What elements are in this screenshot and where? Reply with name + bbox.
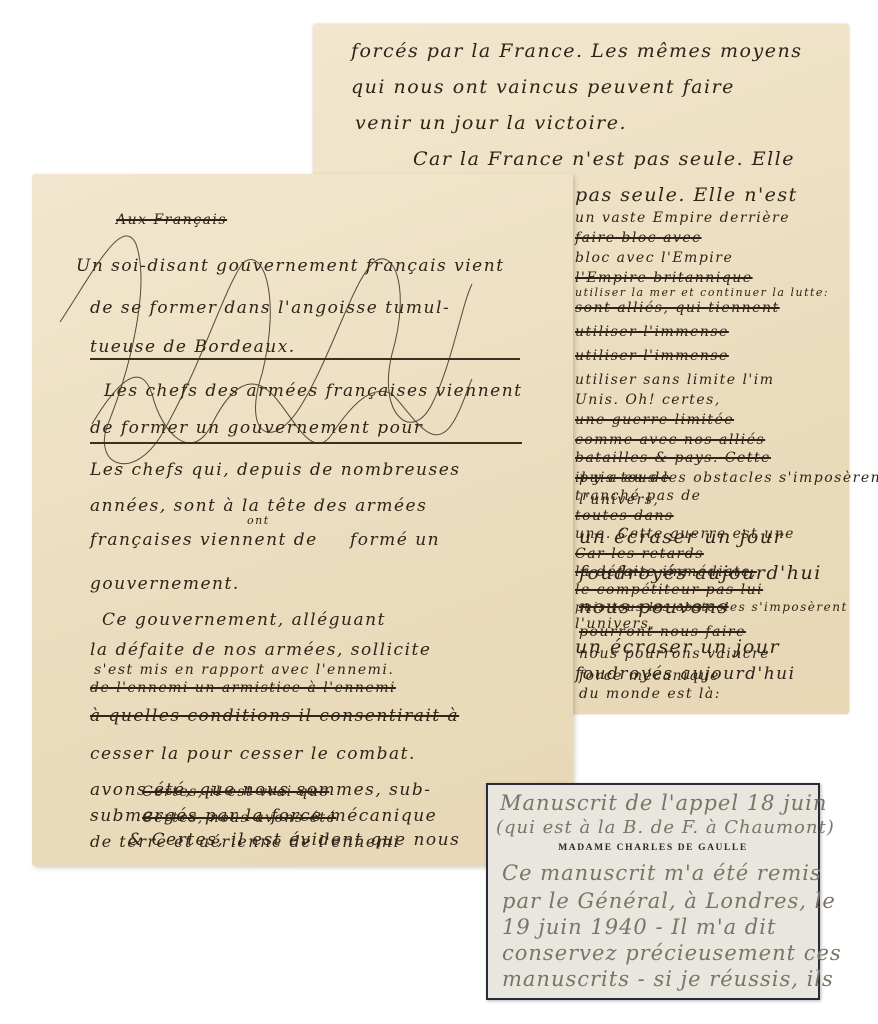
manuscript-line: Ce gouvernement, alléguant bbox=[102, 610, 386, 630]
manuscript-line: de se former dans l'angoisse tumul- bbox=[90, 298, 450, 318]
manuscript-line: forcés par la France. Les mêmes moyens bbox=[351, 40, 802, 62]
left-page-bottom-text: avons été, que nous sommes, sub- submerg… bbox=[32, 780, 492, 866]
manuscript-line-struck: utiliser l'immense bbox=[575, 324, 729, 340]
manuscript-line-struck: l'Empire britannique bbox=[575, 270, 753, 286]
manuscript-line: un écraser un jour bbox=[579, 526, 784, 548]
manuscript-line: submergés par la force mécanique bbox=[90, 806, 437, 826]
manuscript-line-struck: faire bloc avec bbox=[575, 230, 701, 246]
manuscript-line: Les chefs des armées françaises viennent bbox=[104, 381, 522, 401]
manuscript-line: qui nous ont vaincus peuvent faire bbox=[351, 76, 735, 98]
card-body-line: 19 juin 1940 - Il m'a dit bbox=[502, 915, 776, 939]
manuscript-line: un vaste Empire derrière bbox=[575, 210, 790, 226]
manuscript-line-struck: batailles & pays. Cette bbox=[575, 450, 771, 466]
manuscript-line: Les chefs qui, depuis de nombreuses bbox=[90, 460, 461, 480]
manuscript-line: avons été, que nous sommes, sub- bbox=[90, 780, 431, 800]
manuscript-line: de former un gouvernement pour bbox=[90, 418, 423, 438]
manuscript-line-struck: utiliser l'immense bbox=[575, 348, 729, 364]
visiting-card: Manuscrit de l'appel 18 juin (qui est à … bbox=[486, 783, 820, 1000]
manuscript-line: venir un jour la victoire. bbox=[355, 112, 627, 134]
manuscript-line: utiliser la mer et continuer la lutte: bbox=[575, 286, 829, 299]
manuscript-line-struck: pourront nous faire bbox=[579, 624, 746, 640]
underline-divider bbox=[90, 442, 522, 444]
manuscript-line: utiliser sans limite l'im bbox=[575, 372, 775, 388]
underline-divider bbox=[90, 358, 520, 360]
manuscript-line-struck: de l'ennemi un armistice à l'ennemi bbox=[90, 680, 396, 696]
manuscript-line-struck: Aux Français bbox=[116, 212, 227, 228]
right-page-lower-text: puis tous les obstacles s'imposèrent l'u… bbox=[573, 470, 849, 714]
manuscript-line: s'est mis en rapport avec l'ennemi. bbox=[94, 662, 394, 678]
manuscript-line: la défaite de nos armées, sollicite bbox=[90, 640, 431, 660]
manuscript-line-struck: sont alliés, qui tiennent bbox=[575, 300, 780, 316]
card-header-line: Manuscrit de l'appel 18 juin bbox=[500, 791, 827, 815]
manuscript-line-struck: nous pouvons bbox=[579, 596, 729, 618]
manuscript-line: gouvernement. bbox=[90, 574, 240, 594]
card-body-line: Ce manuscrit m'a été remis bbox=[502, 861, 822, 885]
card-body-line: par le Général, à Londres, le bbox=[502, 889, 836, 913]
manuscript-line: l'univers, bbox=[579, 492, 659, 508]
manuscript-line: bloc avec l'Empire bbox=[575, 250, 733, 266]
manuscript-line: de terre et aérienne de l'ennemi bbox=[90, 832, 400, 851]
manuscript-line: françaises viennent de bbox=[90, 530, 318, 550]
manuscript-line-insertion: ont bbox=[247, 514, 270, 527]
manuscript-line: années, sont à la tête des armées bbox=[90, 496, 427, 516]
manuscript-line: Unis. Oh! certes, bbox=[575, 392, 721, 408]
manuscript-line: foudroyés aujourd'hui bbox=[579, 562, 822, 584]
manuscript-line: cesser la pour cesser le combat. bbox=[90, 744, 416, 764]
manuscript-line: Car la France n'est pas seule. Elle bbox=[413, 148, 795, 170]
manuscript-line: force mécanique bbox=[579, 668, 720, 684]
manuscript-line: formé un bbox=[350, 530, 440, 550]
card-letterhead: MADAME CHARLES DE GAULLE bbox=[488, 843, 818, 853]
manuscript-line: pas seule. Elle n'est bbox=[575, 184, 798, 206]
card-body-line: manuscrits - si je réussis, ils bbox=[502, 967, 834, 991]
manuscript-line: du monde est là: bbox=[579, 686, 721, 702]
manuscript-line: tueuse de Bordeaux. bbox=[90, 337, 296, 357]
card-header-line: (qui est à la B. de F. à Chaumont) bbox=[496, 817, 835, 838]
manuscript-line-struck: comme avec nos alliés bbox=[575, 432, 765, 448]
manuscript-page-left: Aux Français Un soi-disant gouvernement … bbox=[32, 174, 573, 866]
manuscript-line: puis tous les obstacles s'imposèrent bbox=[579, 470, 878, 486]
card-body-line: conservez précieusement ces bbox=[502, 941, 842, 965]
manuscript-line: nous pourrons vaincre bbox=[579, 646, 770, 662]
manuscript-line-struck: à quelles conditions il consentirait à bbox=[90, 706, 459, 726]
manuscript-line-struck: une guerre limitée bbox=[575, 412, 734, 428]
manuscript-line: Un soi-disant gouvernement français vien… bbox=[76, 256, 505, 276]
